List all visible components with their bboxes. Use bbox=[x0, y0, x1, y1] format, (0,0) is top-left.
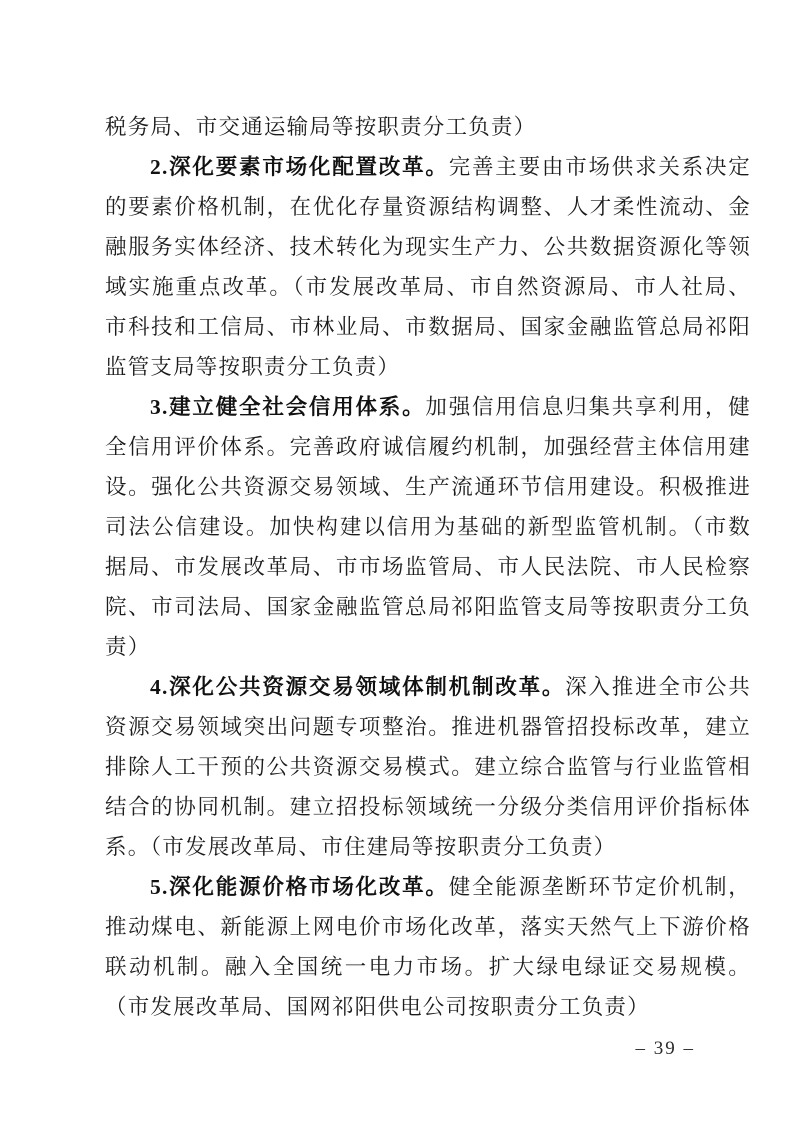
paragraph-item-3-heading: 3.建立健全社会信用体系。 bbox=[150, 395, 425, 419]
paragraph-item-2: 2.深化要素市场化配置改革。完善主要由市场供求关系决定的要素价格机制，在优化存量… bbox=[105, 147, 751, 387]
paragraph-item-3-text: 加强信用信息归集共享利用，健全信用评价体系。完善政府诚信履约机制，加强经营主体信… bbox=[105, 395, 751, 659]
paragraph-item-2-text: 完善主要由市场供求关系决定的要素价格机制，在优化存量资源结构调整、人才柔性流动、… bbox=[105, 155, 751, 379]
paragraph-item-4-heading: 4.深化公共资源交易领域体制机制改革。 bbox=[150, 675, 565, 699]
paragraph-continuation: 税务局、市交通运输局等按职责分工负责） bbox=[105, 107, 751, 147]
paragraph-item-2-heading: 2.深化要素市场化配置改革。 bbox=[150, 155, 449, 179]
paragraph-item-4-text: 深入推进全市公共资源交易领域突出问题专项整治。推进机器管招投标改革，建立排除人工… bbox=[105, 675, 751, 859]
paragraph-item-5-heading: 5.深化能源价格市场化改革。 bbox=[150, 875, 449, 899]
page-number: – 39 – bbox=[636, 1038, 696, 1060]
paragraph-continuation-text: 税务局、市交通运输局等按职责分工负责） bbox=[105, 115, 536, 139]
document-text-block: 税务局、市交通运输局等按职责分工负责） 2.深化要素市场化配置改革。完善主要由市… bbox=[105, 107, 751, 1027]
paragraph-item-5: 5.深化能源价格市场化改革。健全能源垄断环节定价机制，推动煤电、新能源上网电价市… bbox=[105, 867, 751, 1027]
paragraph-item-3: 3.建立健全社会信用体系。加强信用信息归集共享利用，健全信用评价体系。完善政府诚… bbox=[105, 387, 751, 667]
paragraph-item-4: 4.深化公共资源交易领域体制机制改革。深入推进全市公共资源交易领域突出问题专项整… bbox=[105, 667, 751, 867]
document-page: 税务局、市交通运输局等按职责分工负责） 2.深化要素市场化配置改革。完善主要由市… bbox=[0, 0, 793, 1122]
